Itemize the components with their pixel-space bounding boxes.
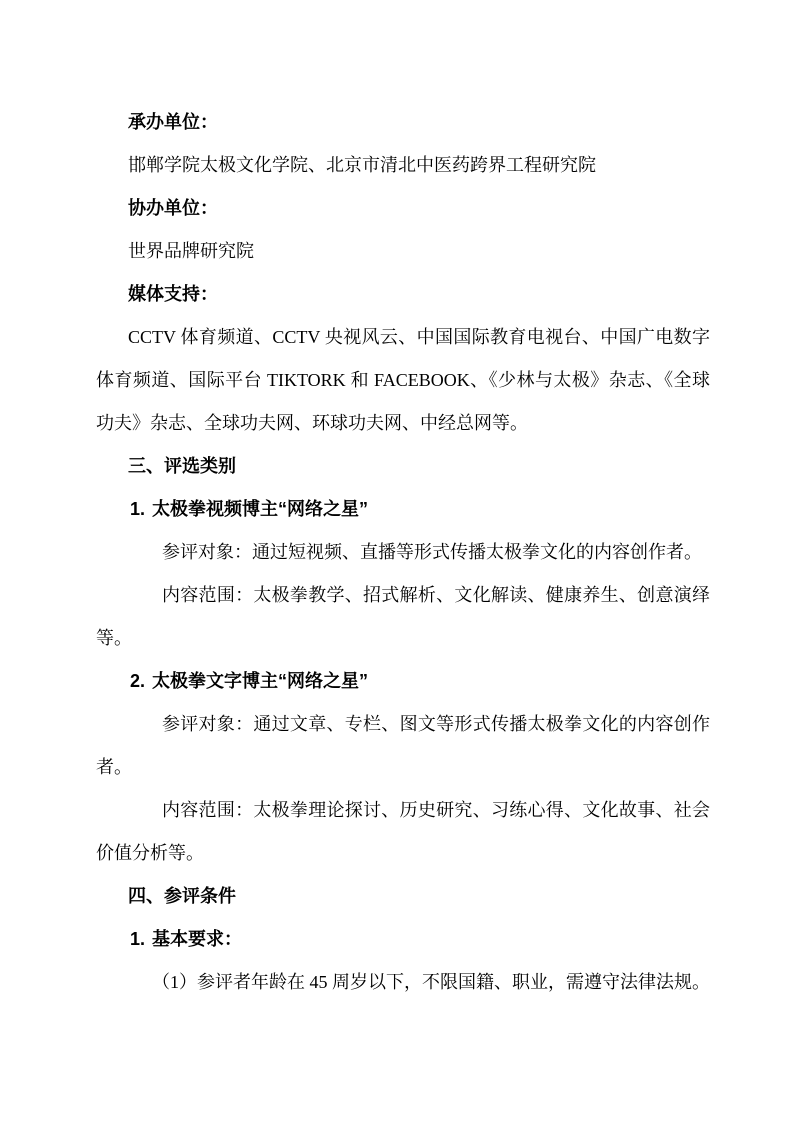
section-heading-entry-conditions: 四、参评条件 (96, 875, 710, 918)
category-1-number: 1. (130, 488, 152, 531)
media-support-value: CCTV 体育频道、CCTV 央视风云、中国国际教育电视台、中国广电数字体育频道… (96, 316, 710, 445)
category-2-target: 参评对象：通过文章、专栏、图文等形式传播太极拳文化的内容创作者。 (96, 703, 710, 789)
basic-requirements-heading: 1.基本要求： (96, 918, 710, 961)
category-1-heading: 1.太极拳视频博主“网络之星” (96, 488, 710, 531)
media-support-label: 媒体支持： (96, 273, 710, 316)
basic-requirements-number: 1. (130, 918, 152, 961)
document-page: 承办单位： 邯郸学院太极文化学院、北京市清北中医药跨界工程研究院 协办单位： 世… (0, 0, 800, 1131)
category-1-title: 太极拳视频博主“网络之星” (152, 499, 368, 519)
organizer-value: 邯郸学院太极文化学院、北京市清北中医药跨界工程研究院 (96, 144, 710, 187)
category-2-scope: 内容范围：太极拳理论探讨、历史研究、习练心得、文化故事、社会价值分析等。 (96, 789, 710, 875)
basic-requirements-title: 基本要求： (152, 929, 242, 949)
category-2-title: 太极拳文字博主“网络之星” (152, 671, 368, 691)
category-2-heading: 2.太极拳文字博主“网络之星” (96, 660, 710, 703)
section-heading-selection-categories: 三、评选类别 (96, 445, 710, 488)
category-1-scope: 内容范围：太极拳教学、招式解析、文化解读、健康养生、创意演绎等。 (96, 574, 710, 660)
co-organizer-value: 世界品牌研究院 (96, 230, 710, 273)
category-1-target: 参评对象：通过短视频、直播等形式传播太极拳文化的内容创作者。 (96, 531, 710, 574)
organizer-label: 承办单位： (96, 101, 710, 144)
co-organizer-label: 协办单位： (96, 187, 710, 230)
category-2-number: 2. (130, 660, 152, 703)
requirement-1: （1）参评者年龄在 45 周岁以下，不限国籍、职业，需遵守法律法规。 (96, 961, 710, 1004)
